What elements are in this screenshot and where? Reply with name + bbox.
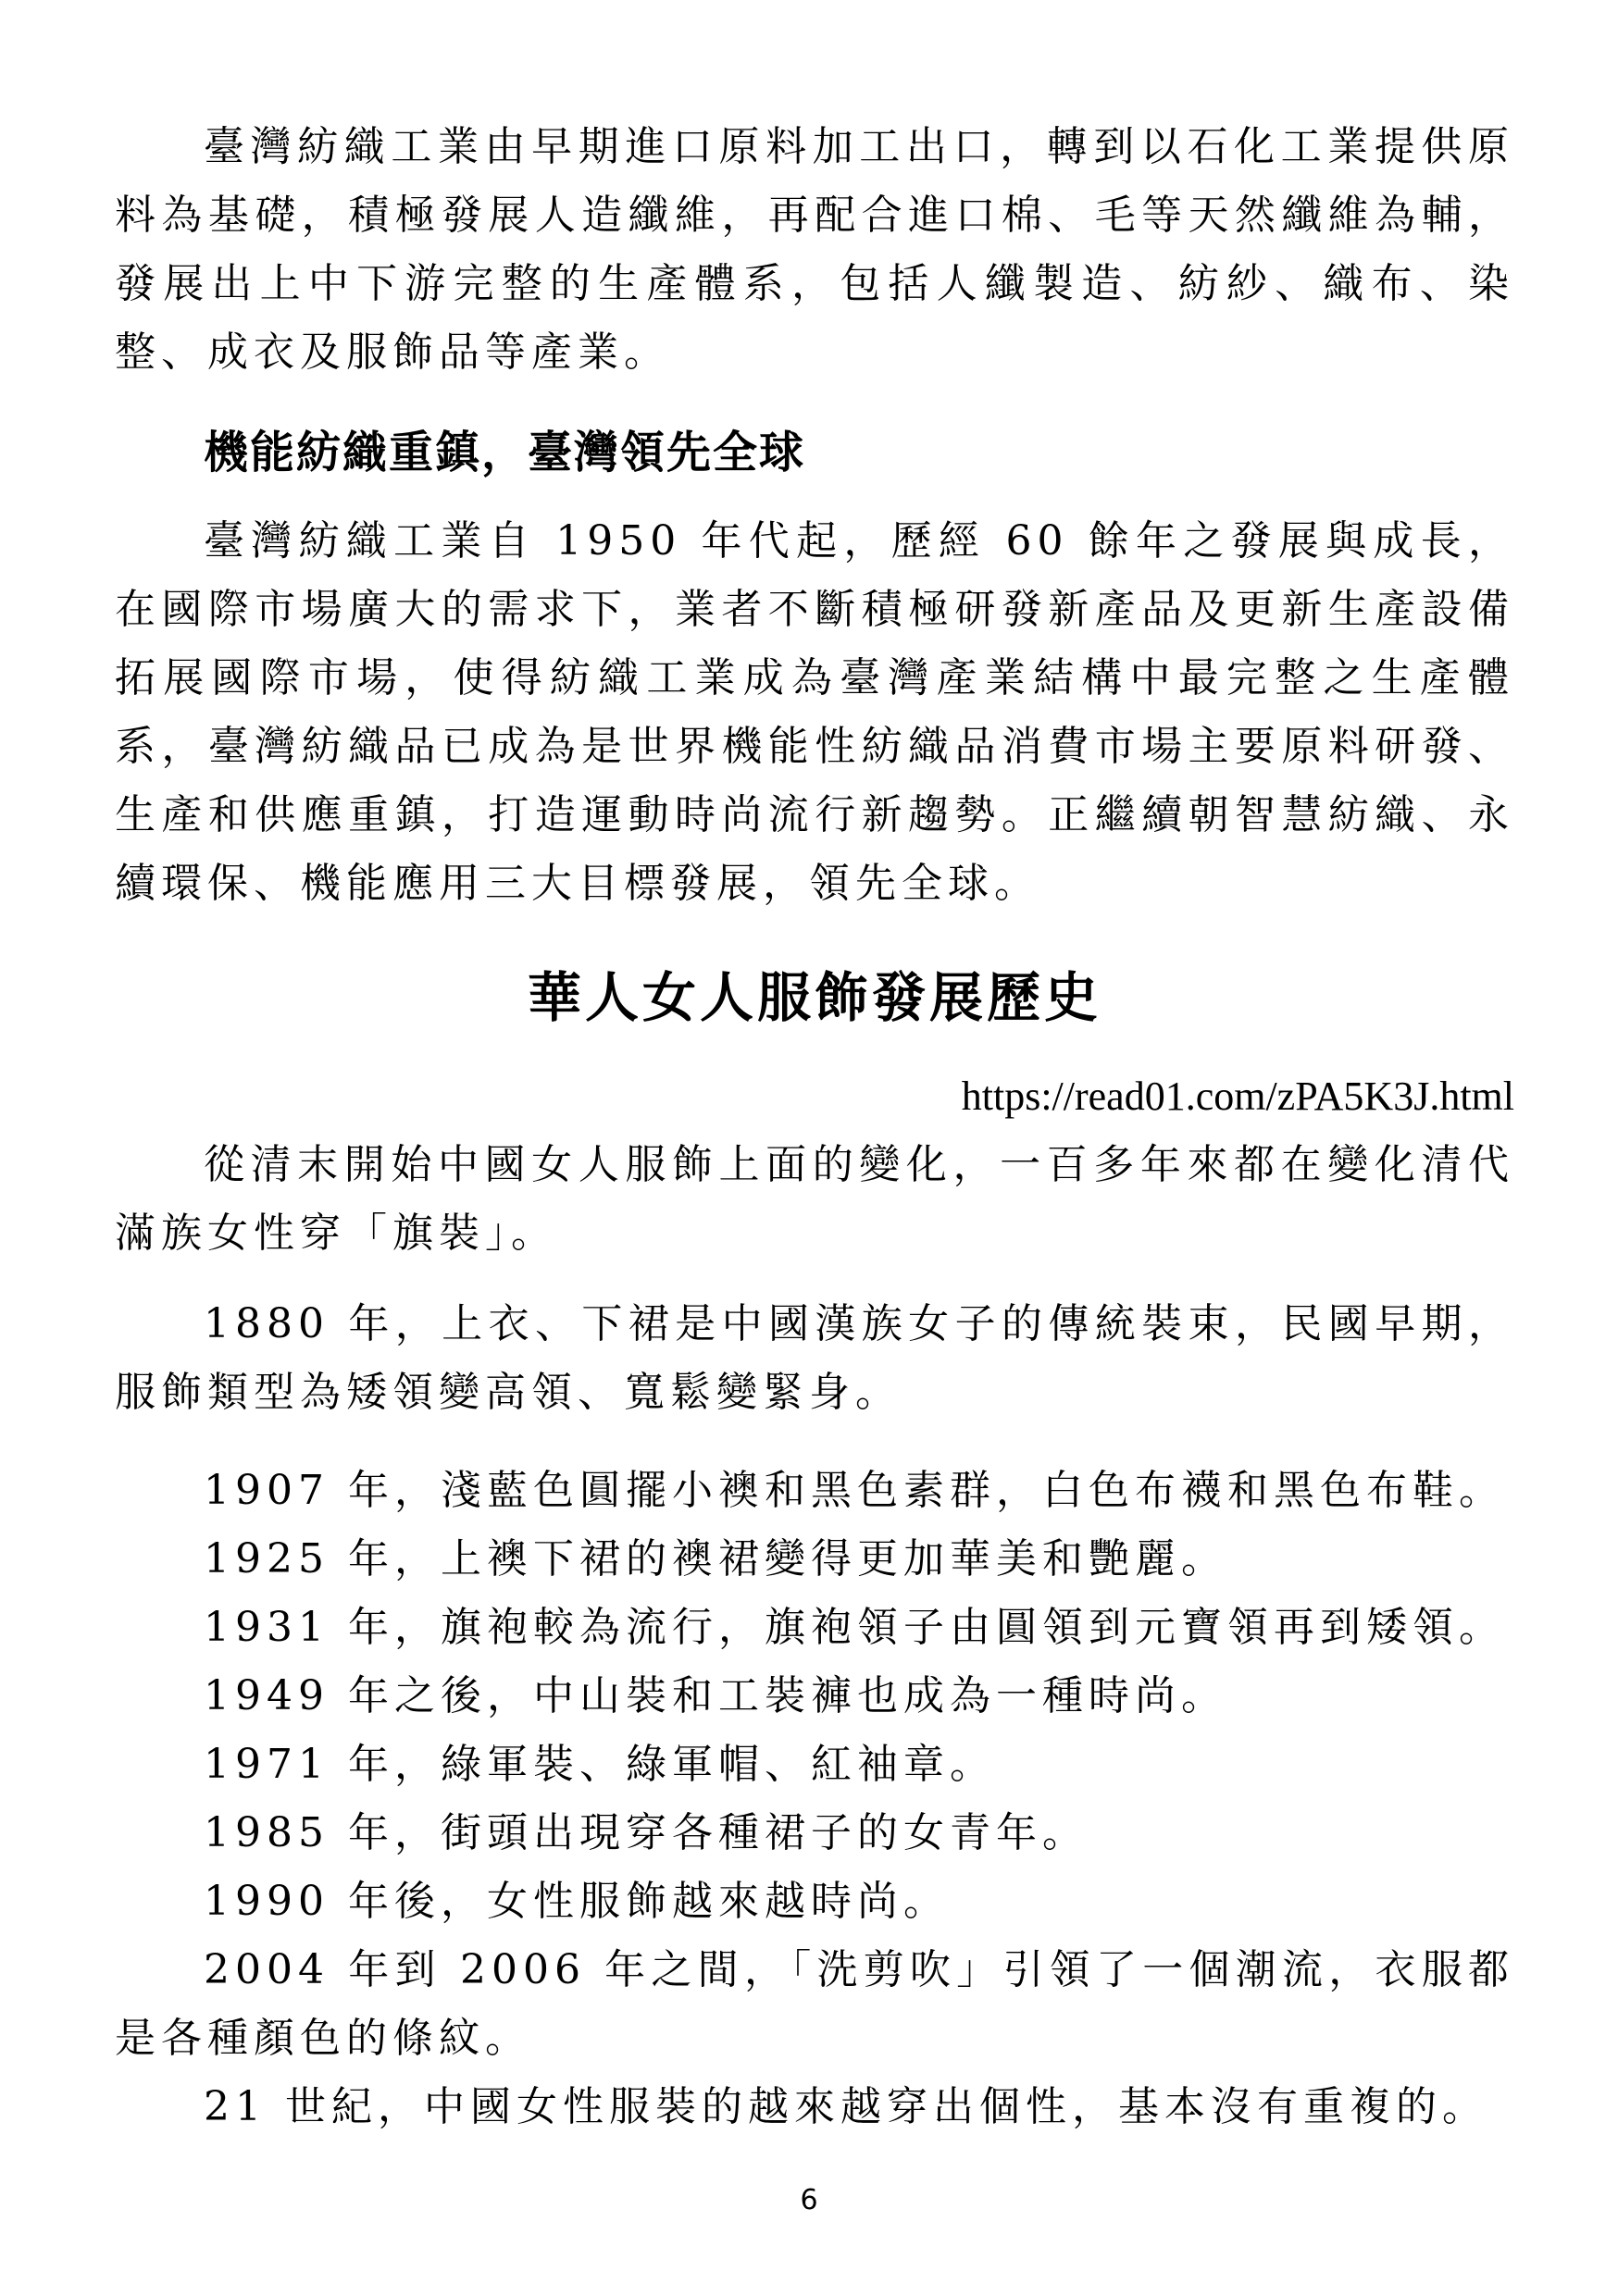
timeline-item: 1971 年，綠軍裝、綠軍帽、紅袖章。 [115,1731,1514,1799]
timeline-item: 1907 年，淺藍色圓擺小襖和黑色素群，白色布襪和黑色布鞋。 [115,1457,1514,1525]
fashion-timeline-list: 1907 年，淺藍色圓擺小襖和黑色素群，白色布襪和黑色布鞋。 1925 年，上襖… [115,1457,1514,2141]
timeline-item: 1985 年，街頭出現穿各種裙子的女青年。 [115,1799,1514,1868]
page-number: 6 [0,2184,1618,2216]
timeline-item: 1949 年之後，中山裝和工裝褲也成為一種時尚。 [115,1662,1514,1731]
functional-textile-paragraph: 臺灣紡織工業自 1950 年代起，歷經 60 餘年之發展與成長，在國際市場廣大的… [115,507,1514,918]
source-url-link[interactable]: https://read01.com/zPA5K3J.html [115,1062,1514,1131]
textile-industry-intro-paragraph: 臺灣紡織工業由早期進口原料加工出口，轉到以石化工業提供原料為基礎，積極發展人造纖… [115,113,1514,387]
timeline-item: 2004 年到 2006 年之間，「洗剪吹」引領了一個潮流，衣服都是各種顏色的條… [115,1936,1514,2073]
fashion-history-intro-paragraph: 從清末開始中國女人服飾上面的變化，一百多年來都在變化清代滿族女性穿「旗裝」。 [115,1131,1514,1268]
timeline-item-1880: 1880 年，上衣、下裙是中國漢族女子的傳統裝束，民國早期，服飾類型為矮領變高領… [115,1290,1514,1427]
timeline-item: 1931 年，旗袍較為流行，旗袍領子由圓領到元寶領再到矮領。 [115,1594,1514,1662]
timeline-item: 1990 年後，女性服飾越來越時尚。 [115,1868,1514,1936]
functional-textile-heading: 機能紡織重鎮，臺灣領先全球 [115,418,1603,487]
womens-fashion-history-title: 華人女人服飾發展歷史 [115,961,1514,1035]
timeline-item: 21 世紀，中國女性服裝的越來越穿出個性，基本沒有重複的。 [115,2073,1514,2141]
timeline-item: 1925 年，上襖下裙的襖裙變得更加華美和艷麗。 [115,1525,1514,1594]
